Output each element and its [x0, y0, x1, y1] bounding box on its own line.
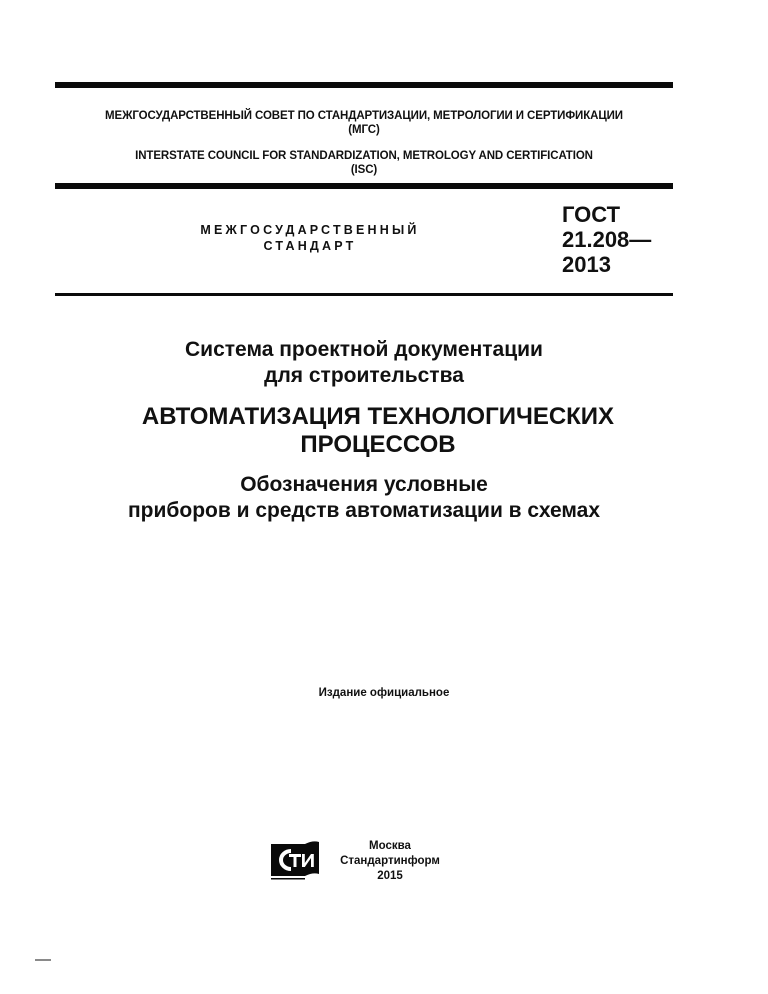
standartinform-logo-icon: [269, 838, 321, 884]
sub-title-line1: Обозначения условные: [55, 472, 673, 498]
publisher-year: 2015: [330, 869, 450, 884]
standard-type: МЕЖГОСУДАРСТВЕННЫЙ СТАНДАРТ: [160, 222, 460, 254]
publisher-city: Москва: [330, 839, 450, 854]
sub-title: Обозначения условные приборов и средств …: [55, 472, 673, 524]
top-rule: [55, 82, 673, 88]
edition-label: Издание официальное: [250, 686, 518, 700]
gost-label: ГОСТ: [562, 202, 651, 227]
main-title-line2: ПРОЦЕССОВ: [98, 431, 658, 459]
standard-type-line2: СТАНДАРТ: [160, 238, 460, 254]
publisher-info: Москва Стандартинформ 2015: [330, 839, 450, 884]
council-name-en-text: INTERSTATE COUNCIL FOR STANDARDIZATION, …: [55, 149, 673, 163]
council-abbr-en: (ISC): [55, 163, 673, 177]
council-abbr-ru: (МГС): [55, 123, 673, 137]
system-title-line2: для строительства: [55, 363, 673, 389]
gost-number: 21.208—: [562, 227, 651, 252]
council-name-ru-text: МЕЖГОСУДАРСТВЕННЫЙ СОВЕТ ПО СТАНДАРТИЗАЦ…: [55, 109, 673, 123]
system-title-line1: Система проектной документации: [55, 337, 673, 363]
main-title: АВТОМАТИЗАЦИЯ ТЕХНОЛОГИЧЕСКИХ ПРОЦЕССОВ: [98, 403, 658, 459]
middle-rule: [55, 183, 673, 189]
system-title: Система проектной документации для строи…: [55, 337, 673, 389]
main-title-line1: АВТОМАТИЗАЦИЯ ТЕХНОЛОГИЧЕСКИХ: [98, 403, 658, 431]
publisher-name: Стандартинформ: [330, 854, 450, 869]
bottom-rule: [55, 293, 673, 296]
council-name-ru: МЕЖГОСУДАРСТВЕННЫЙ СОВЕТ ПО СТАНДАРТИЗАЦ…: [55, 109, 673, 137]
standard-type-line1: МЕЖГОСУДАРСТВЕННЫЙ: [160, 222, 460, 238]
gost-year: 2013: [562, 252, 651, 277]
gost-designation: ГОСТ 21.208— 2013: [562, 202, 651, 277]
scan-mark: [35, 959, 51, 961]
council-name-en: INTERSTATE COUNCIL FOR STANDARDIZATION, …: [55, 149, 673, 177]
sub-title-line2: приборов и средств автоматизации в схема…: [55, 498, 673, 524]
